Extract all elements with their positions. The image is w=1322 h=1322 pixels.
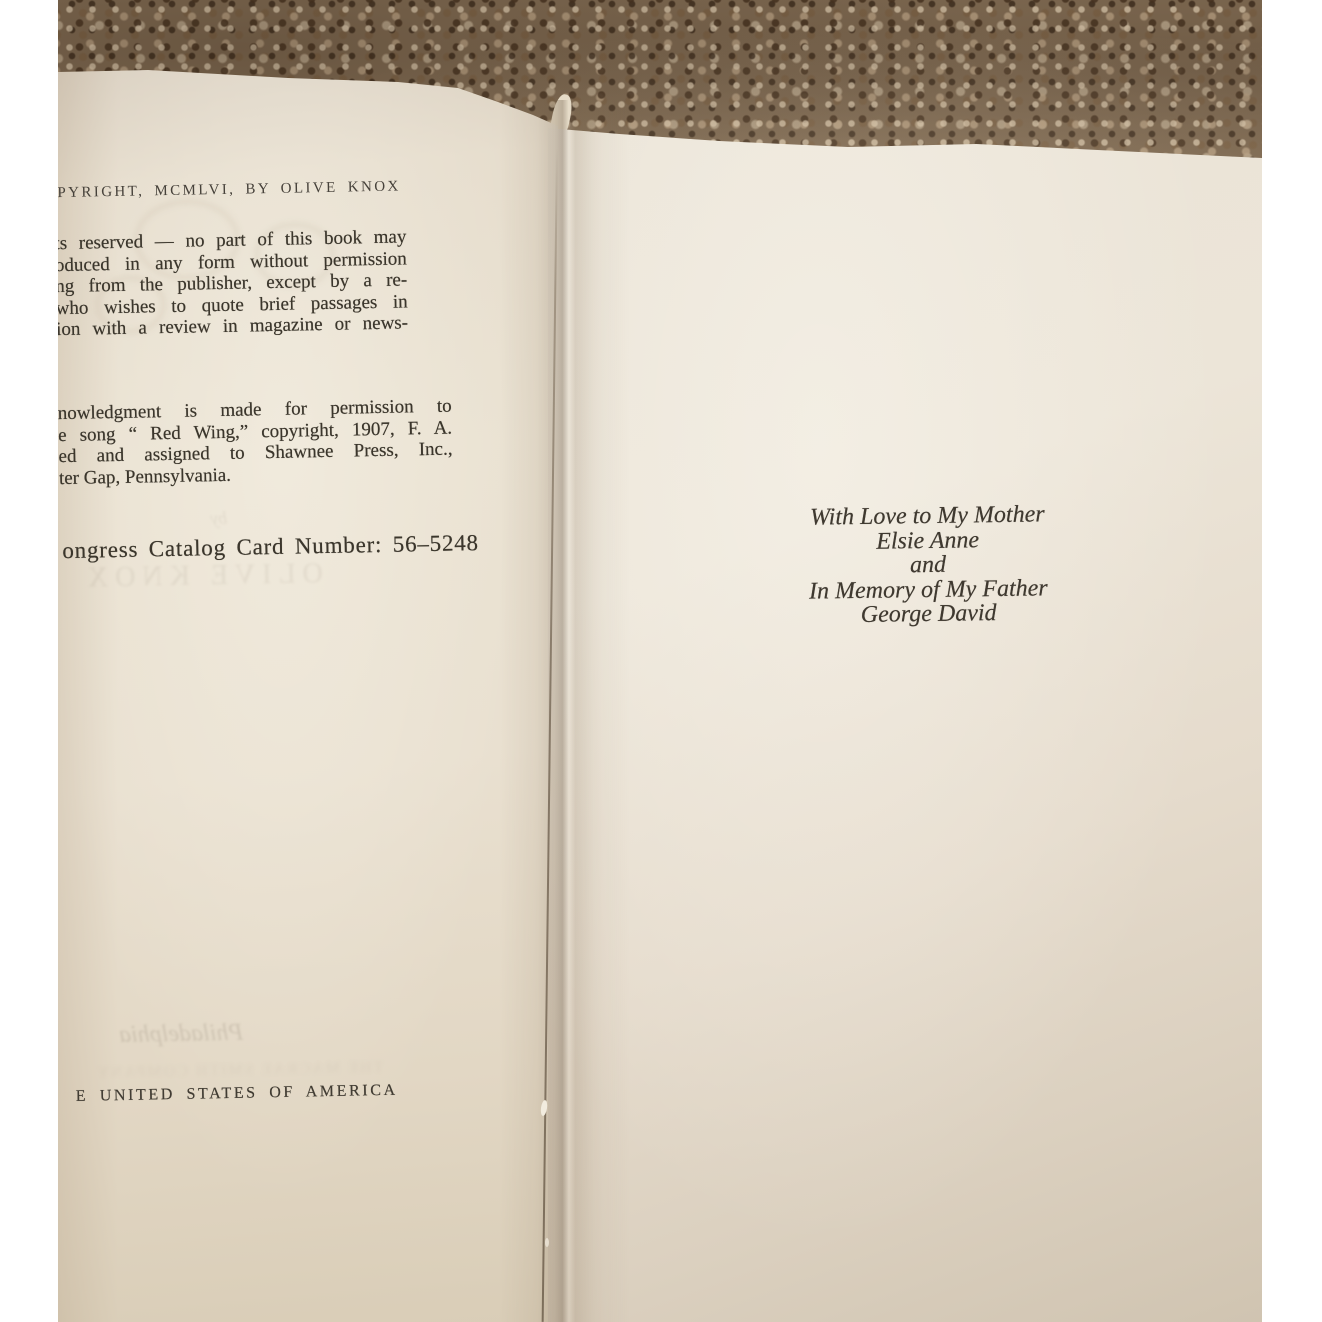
binding-thread bbox=[545, 1238, 549, 1247]
photo-border-right bbox=[1262, 0, 1322, 1322]
printed-in-usa-line: E UNITED STATES OF AMERICA bbox=[76, 1082, 398, 1106]
dedication-line: George David bbox=[719, 599, 1139, 629]
copyright-line: PYRIGHT, MCMLVI, BY OLIVE KNOX bbox=[57, 179, 401, 203]
author-showthrough: OLIVE KNOX bbox=[62, 558, 343, 595]
dedication-block: With Love to My Mother Elsie Anne and In… bbox=[717, 501, 1139, 629]
right-page: With Love to My Mother Elsie Anne and In… bbox=[548, 100, 1262, 1322]
byline-showthrough: by bbox=[179, 507, 259, 530]
left-page: PYRIGHT, MCMLVI, BY OLIVE KNOX ts reserv… bbox=[58, 60, 558, 1322]
left-page-text: PYRIGHT, MCMLVI, BY OLIVE KNOX ts reserv… bbox=[50, 52, 574, 1322]
publisher-showthrough: THE MACRAE SMITH COMPANY bbox=[74, 1059, 404, 1083]
city-showthrough: Philadelphia bbox=[73, 1019, 288, 1050]
rights-paragraph: ts reserved — no part of this book may o… bbox=[54, 226, 408, 341]
photo-border-left bbox=[0, 0, 58, 1322]
book-photo: PYRIGHT, MCMLVI, BY OLIVE KNOX ts reserv… bbox=[0, 0, 1322, 1322]
acknowledgment-paragraph: nowledgment is made for permission to e … bbox=[58, 396, 454, 490]
